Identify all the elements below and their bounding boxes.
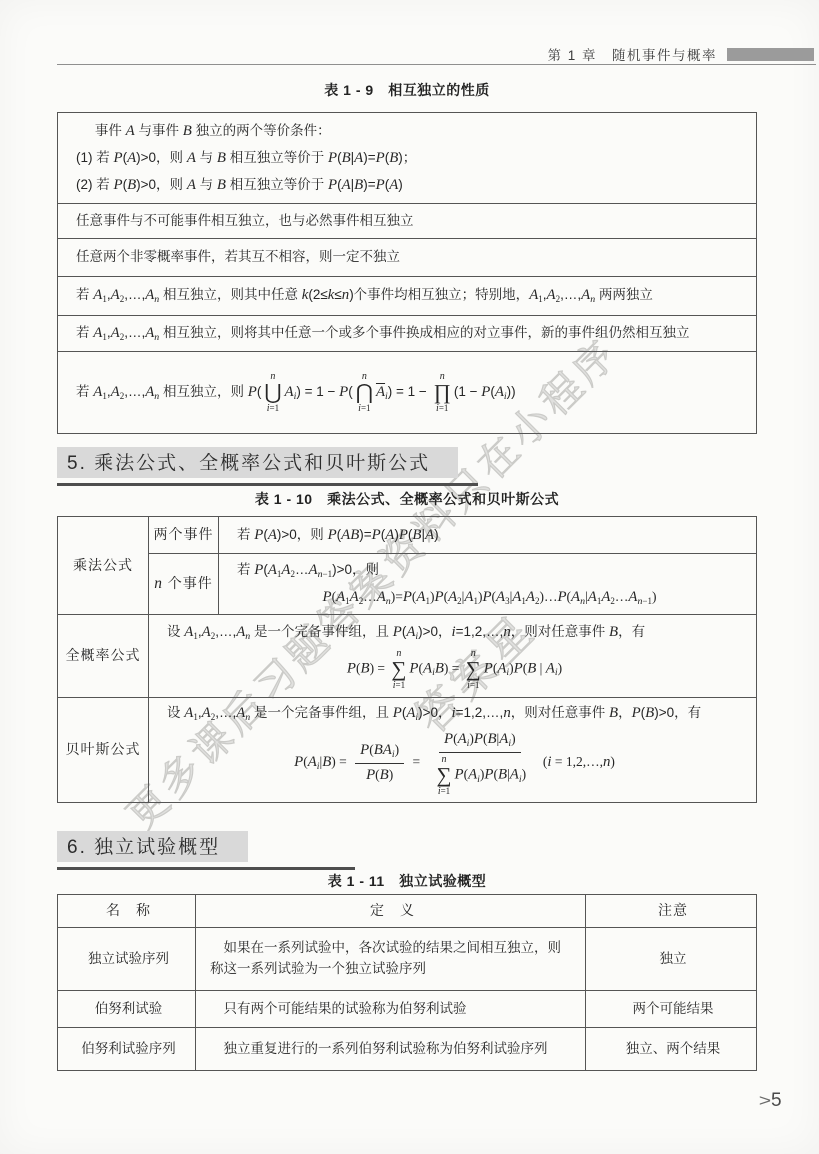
table-row: 若 A1,A2,…,An 相互独立，则将其中任意一个或多个事件换成相应的对立事件… [58, 316, 757, 352]
cell-definition: 只有两个可能结果的试验称为伯努利试验 [196, 991, 586, 1028]
table-row: 独立试验序列 如果在一系列试验中，各次试验的结果之间相互独立，则称这一系列试验为… [58, 928, 757, 991]
section-5-heading-text: 5. 乘法公式、全概率公式和贝叶斯公式 [57, 447, 458, 478]
cell-bayes-formula: 设 A1,A2,…,An 是一个完备事件组，且 P(Ai)>0，i=1,2,…,… [149, 698, 757, 803]
header-divider [57, 64, 816, 65]
page-header: 第 1 章 随机事件与概率 [57, 44, 814, 64]
table-1-9-title: 表 1 - 9 相互独立的性质 [57, 80, 757, 100]
column-header-name: 名 称 [58, 895, 196, 928]
cell-name: 伯努利试验序列 [58, 1028, 196, 1071]
cell-note: 独立、两个结果 [586, 1028, 757, 1071]
table-row: 乘法公式 两个事件 若 P(A)>0，则 P(AB)=P(A)P(B|A) [58, 517, 757, 554]
chapter-title: 第 1 章 随机事件与概率 [547, 44, 717, 64]
table-row: 贝叶斯公式 设 A1,A2,…,An 是一个完备事件组，且 P(Ai)>0，i=… [58, 698, 757, 803]
table-1-10: 乘法公式 两个事件 若 P(A)>0，则 P(AB)=P(A)P(B|A) n … [57, 516, 757, 803]
row-label-multiplication-formula: 乘法公式 [58, 517, 149, 615]
table-row: 任意两个非零概率事件，若其互不相容，则一定不独立 [58, 239, 757, 277]
page-number-marker: > [759, 1091, 771, 1111]
table-1-10-title: 表 1 - 10 乘法公式、全概率公式和贝叶斯公式 [57, 489, 757, 509]
cell-note: 独立 [586, 928, 757, 991]
definition-text: 独立重复进行的一系列伯努利试验称为伯努利试验序列 [210, 1039, 571, 1060]
cell-multiplication-n-events: 若 P(A1A2…An−1)>0，则P(A1A2…An)=P(A1)P(A2|A… [219, 554, 757, 615]
table-cell-nonzero-events: 任意两个非零概率事件，若其互不相容，则一定不独立 [58, 239, 757, 277]
table-row: 任意事件与不可能事件相互独立，也与必然事件相互独立 [58, 204, 757, 239]
cell-note: 两个可能结果 [586, 991, 757, 1028]
column-header-note: 注意 [586, 895, 757, 928]
table-row: 若 A1,A2,…,An 相互独立，则其中任意 k(2≤k≤n)个事件均相互独立… [58, 277, 757, 316]
table-1-11: 名 称 定 义 注意 独立试验序列 如果在一系列试验中，各次试验的结果之间相互独… [57, 894, 757, 1071]
row-label-total-probability-formula: 全概率公式 [58, 615, 149, 698]
chapter-accent-bar [727, 48, 814, 61]
page-number: > 5 [760, 1090, 782, 1112]
table-1-11-title: 表 1 - 11 独立试验概型 [57, 871, 757, 891]
cell-multiplication-two-events: 若 P(A)>0，则 P(AB)=P(A)P(B|A) [219, 517, 757, 554]
table-cell-union-formula: 若 A1,A2,…,An 相互独立，则 P(n⋃i=1Ai) = 1 − P(n… [58, 352, 757, 434]
section-6-heading-text: 6. 独立试验概型 [57, 831, 248, 862]
column-header-definition: 定 义 [196, 895, 586, 928]
cell-name: 伯努利试验 [58, 991, 196, 1028]
table-cell-equivalence-conditions: 事件 A 与事件 B 独立的两个等价条件：(1) 若 P(A)>0，则 A 与 … [58, 113, 757, 204]
scanned-textbook-page: 第 1 章 随机事件与概率 更多课后习题答案资料只在小程序 答案星 表 1 - … [0, 0, 819, 1154]
sub-label-two-events: 两个事件 [149, 517, 219, 554]
table-row: 事件 A 与事件 B 独立的两个等价条件：(1) 若 P(A)>0，则 A 与 … [58, 113, 757, 204]
definition-text: 如果在一系列试验中，各次试验的结果之间相互独立，则称这一系列试验为一个独立试验序… [210, 938, 571, 980]
table-cell-complement-substitution: 若 A1,A2,…,An 相互独立，则将其中任意一个或多个事件换成相应的对立事件… [58, 316, 757, 352]
section-5-heading: 5. 乘法公式、全概率公式和贝叶斯公式 [57, 447, 478, 486]
cell-name: 独立试验序列 [58, 928, 196, 991]
definition-text: 只有两个可能结果的试验称为伯努利试验 [210, 999, 571, 1020]
table-row: 若 A1,A2,…,An 相互独立，则 P(n⋃i=1Ai) = 1 − P(n… [58, 352, 757, 434]
table-1-9: 事件 A 与事件 B 独立的两个等价条件：(1) 若 P(A)>0，则 A 与 … [57, 112, 757, 434]
table-row: n 个事件 若 P(A1A2…An−1)>0，则P(A1A2…An)=P(A1)… [58, 554, 757, 615]
table-header-row: 名 称 定 义 注意 [58, 895, 757, 928]
table-cell-impossible-event: 任意事件与不可能事件相互独立，也与必然事件相互独立 [58, 204, 757, 239]
table-cell-any-k-independent: 若 A1,A2,…,An 相互独立，则其中任意 k(2≤k≤n)个事件均相互独立… [58, 277, 757, 316]
row-label-bayes-formula: 贝叶斯公式 [58, 698, 149, 803]
table-row: 伯努利试验 只有两个可能结果的试验称为伯努利试验 两个可能结果 [58, 991, 757, 1028]
table-row: 伯努利试验序列 独立重复进行的一系列伯努利试验称为伯努利试验序列 独立、两个结果 [58, 1028, 757, 1071]
page-number-value: 5 [771, 1090, 782, 1112]
table-row: 全概率公式 设 A1,A2,…,An 是一个完备事件组，且 P(Ai)>0，i=… [58, 615, 757, 698]
sub-label-n-events: n 个事件 [149, 554, 219, 615]
cell-total-probability: 设 A1,A2,…,An 是一个完备事件组，且 P(Ai)>0，i=1,2,…,… [149, 615, 757, 698]
cell-definition: 如果在一系列试验中，各次试验的结果之间相互独立，则称这一系列试验为一个独立试验序… [196, 928, 586, 991]
section-6-heading: 6. 独立试验概型 [57, 831, 355, 870]
cell-definition: 独立重复进行的一系列伯努利试验称为伯努利试验序列 [196, 1028, 586, 1071]
